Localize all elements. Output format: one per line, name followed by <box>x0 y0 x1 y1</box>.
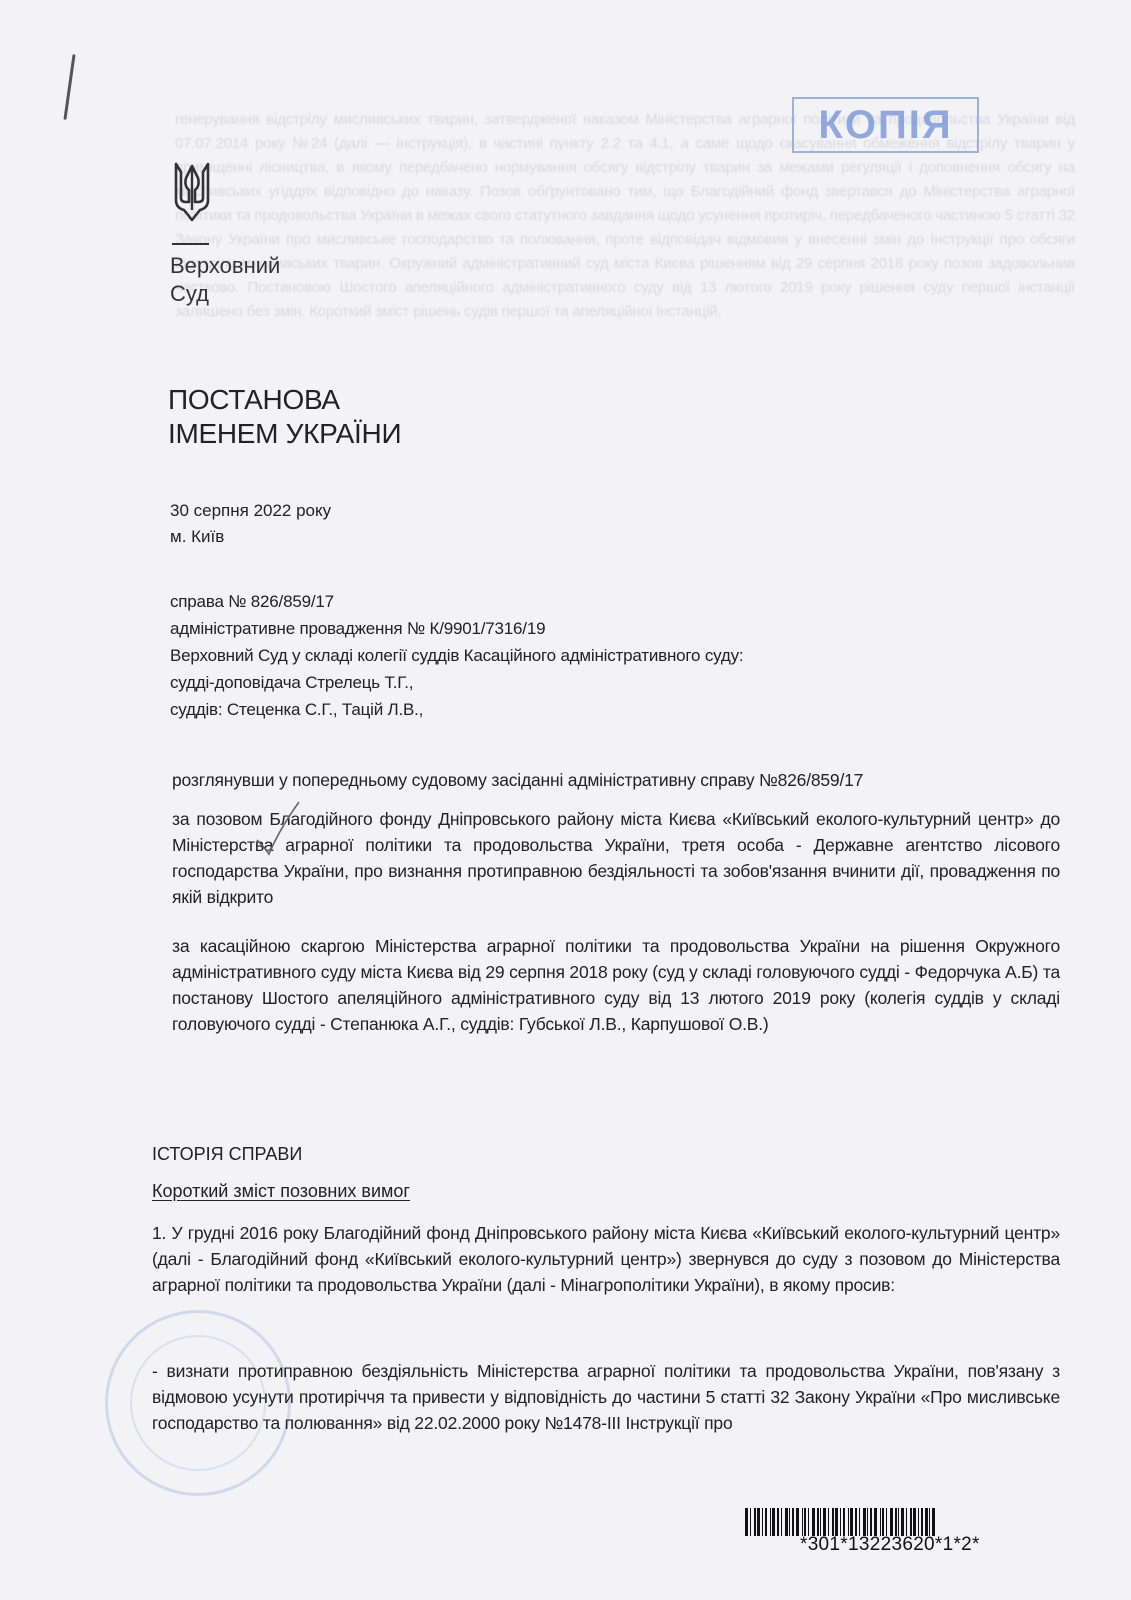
court-name-line1: Верховний <box>170 252 280 280</box>
trident-emblem-icon <box>172 160 212 222</box>
document-page: генерування відстрілу мисливських тварин… <box>0 0 1131 1600</box>
pen-mark <box>63 54 75 120</box>
claim-item-1-bullet: - визнати протиправною бездіяльність Мін… <box>152 1358 1060 1436</box>
title-line2: ІМЕНЕМ УКРАЇНИ <box>168 417 401 451</box>
proceeding-number: адміністративне провадження № К/9901/731… <box>170 615 743 642</box>
cassation-paragraph: за касаційною скаргою Міністерства аграр… <box>172 933 1060 1037</box>
case-number: справа № 826/859/17 <box>170 588 743 615</box>
summary-heading: Короткий зміст позовних вимог <box>152 1179 410 1203</box>
decision-city: м. Київ <box>170 524 331 550</box>
barcode-number: *301*13223620*1*2* <box>800 1534 980 1556</box>
document-title: ПОСТАНОВА ІМЕНЕМ УКРАЇНИ <box>168 383 401 451</box>
emblem-divider <box>172 243 209 245</box>
date-block: 30 серпня 2022 року м. Київ <box>170 498 331 550</box>
court-panel: Верховний Суд у складі колегії суддів Ка… <box>170 642 743 669</box>
judges: суддів: Стеценка С.Г., Тацій Л.В., <box>170 696 743 723</box>
decision-date: 30 серпня 2022 року <box>170 498 331 524</box>
claim-item-1: 1. У грудні 2016 року Благодійний фонд Д… <box>152 1220 1060 1298</box>
claim-paragraph: за позовом Благодійного фонду Дніпровськ… <box>172 806 1060 910</box>
title-line1: ПОСТАНОВА <box>168 383 401 417</box>
court-name-line2: Суд <box>170 280 280 308</box>
court-name: Верховний Суд <box>170 252 280 308</box>
handwritten-check-icon <box>255 800 301 856</box>
history-heading: ІСТОРІЯ СПРАВИ <box>152 1142 302 1166</box>
barcode <box>745 1508 1035 1536</box>
case-details: справа № 826/859/17 адміністративне пров… <box>170 588 743 723</box>
reporting-judge: судді-доповідача Стрелець Т.Г., <box>170 669 743 696</box>
considered-paragraph: розглянувши у попередньому судовому засі… <box>172 767 1060 793</box>
copy-stamp: КОПІЯ <box>792 97 979 153</box>
